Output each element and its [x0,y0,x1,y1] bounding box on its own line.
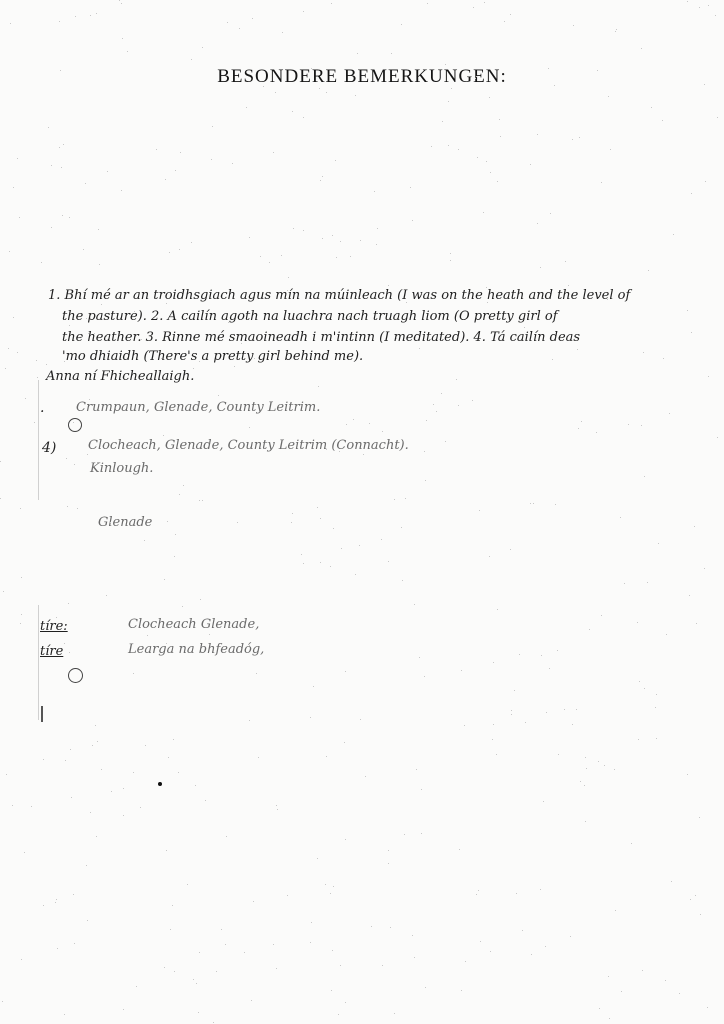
ink-dot [158,782,162,786]
page-heading: BESONDERE BEMERKUNGEN: [0,66,724,88]
margin-mark: 4) [42,440,56,456]
circle-mark [68,668,83,683]
note-line-5: Anna ní Fhicheallaigh. [46,369,194,384]
margin-rule [38,605,39,720]
place-line-1: Crumpaun, Glenade, County Leitrim. [76,400,320,415]
margin-bar [41,706,43,722]
note-line-4: 'mo dhiaidh (There's a pretty girl behin… [62,349,363,364]
place-line-4: Glenade [98,515,152,530]
place-line-2: Clocheach, Glenade, County Leitrim (Conn… [88,438,409,453]
bottom-label-1: tíre: [40,619,68,634]
bottom-value-2: Learga na bhfeadóg, [128,642,264,657]
bottom-value-1: Clocheach Glenade, [128,617,259,632]
circle-mark [68,418,82,432]
note-line-3: the heather. 3. Rinne mé smaoineadh i m'… [62,330,580,345]
place-line-3: Kinlough. [90,461,153,476]
note-line-1: 1. Bhí mé ar an troidhsgiach agus mín na… [48,288,630,303]
margin-rule [38,380,39,500]
margin-mark: . [40,400,44,416]
bottom-label-2: tíre [40,644,63,659]
note-line-2: the pasture). 2. A cailín agoth na luach… [62,309,558,324]
